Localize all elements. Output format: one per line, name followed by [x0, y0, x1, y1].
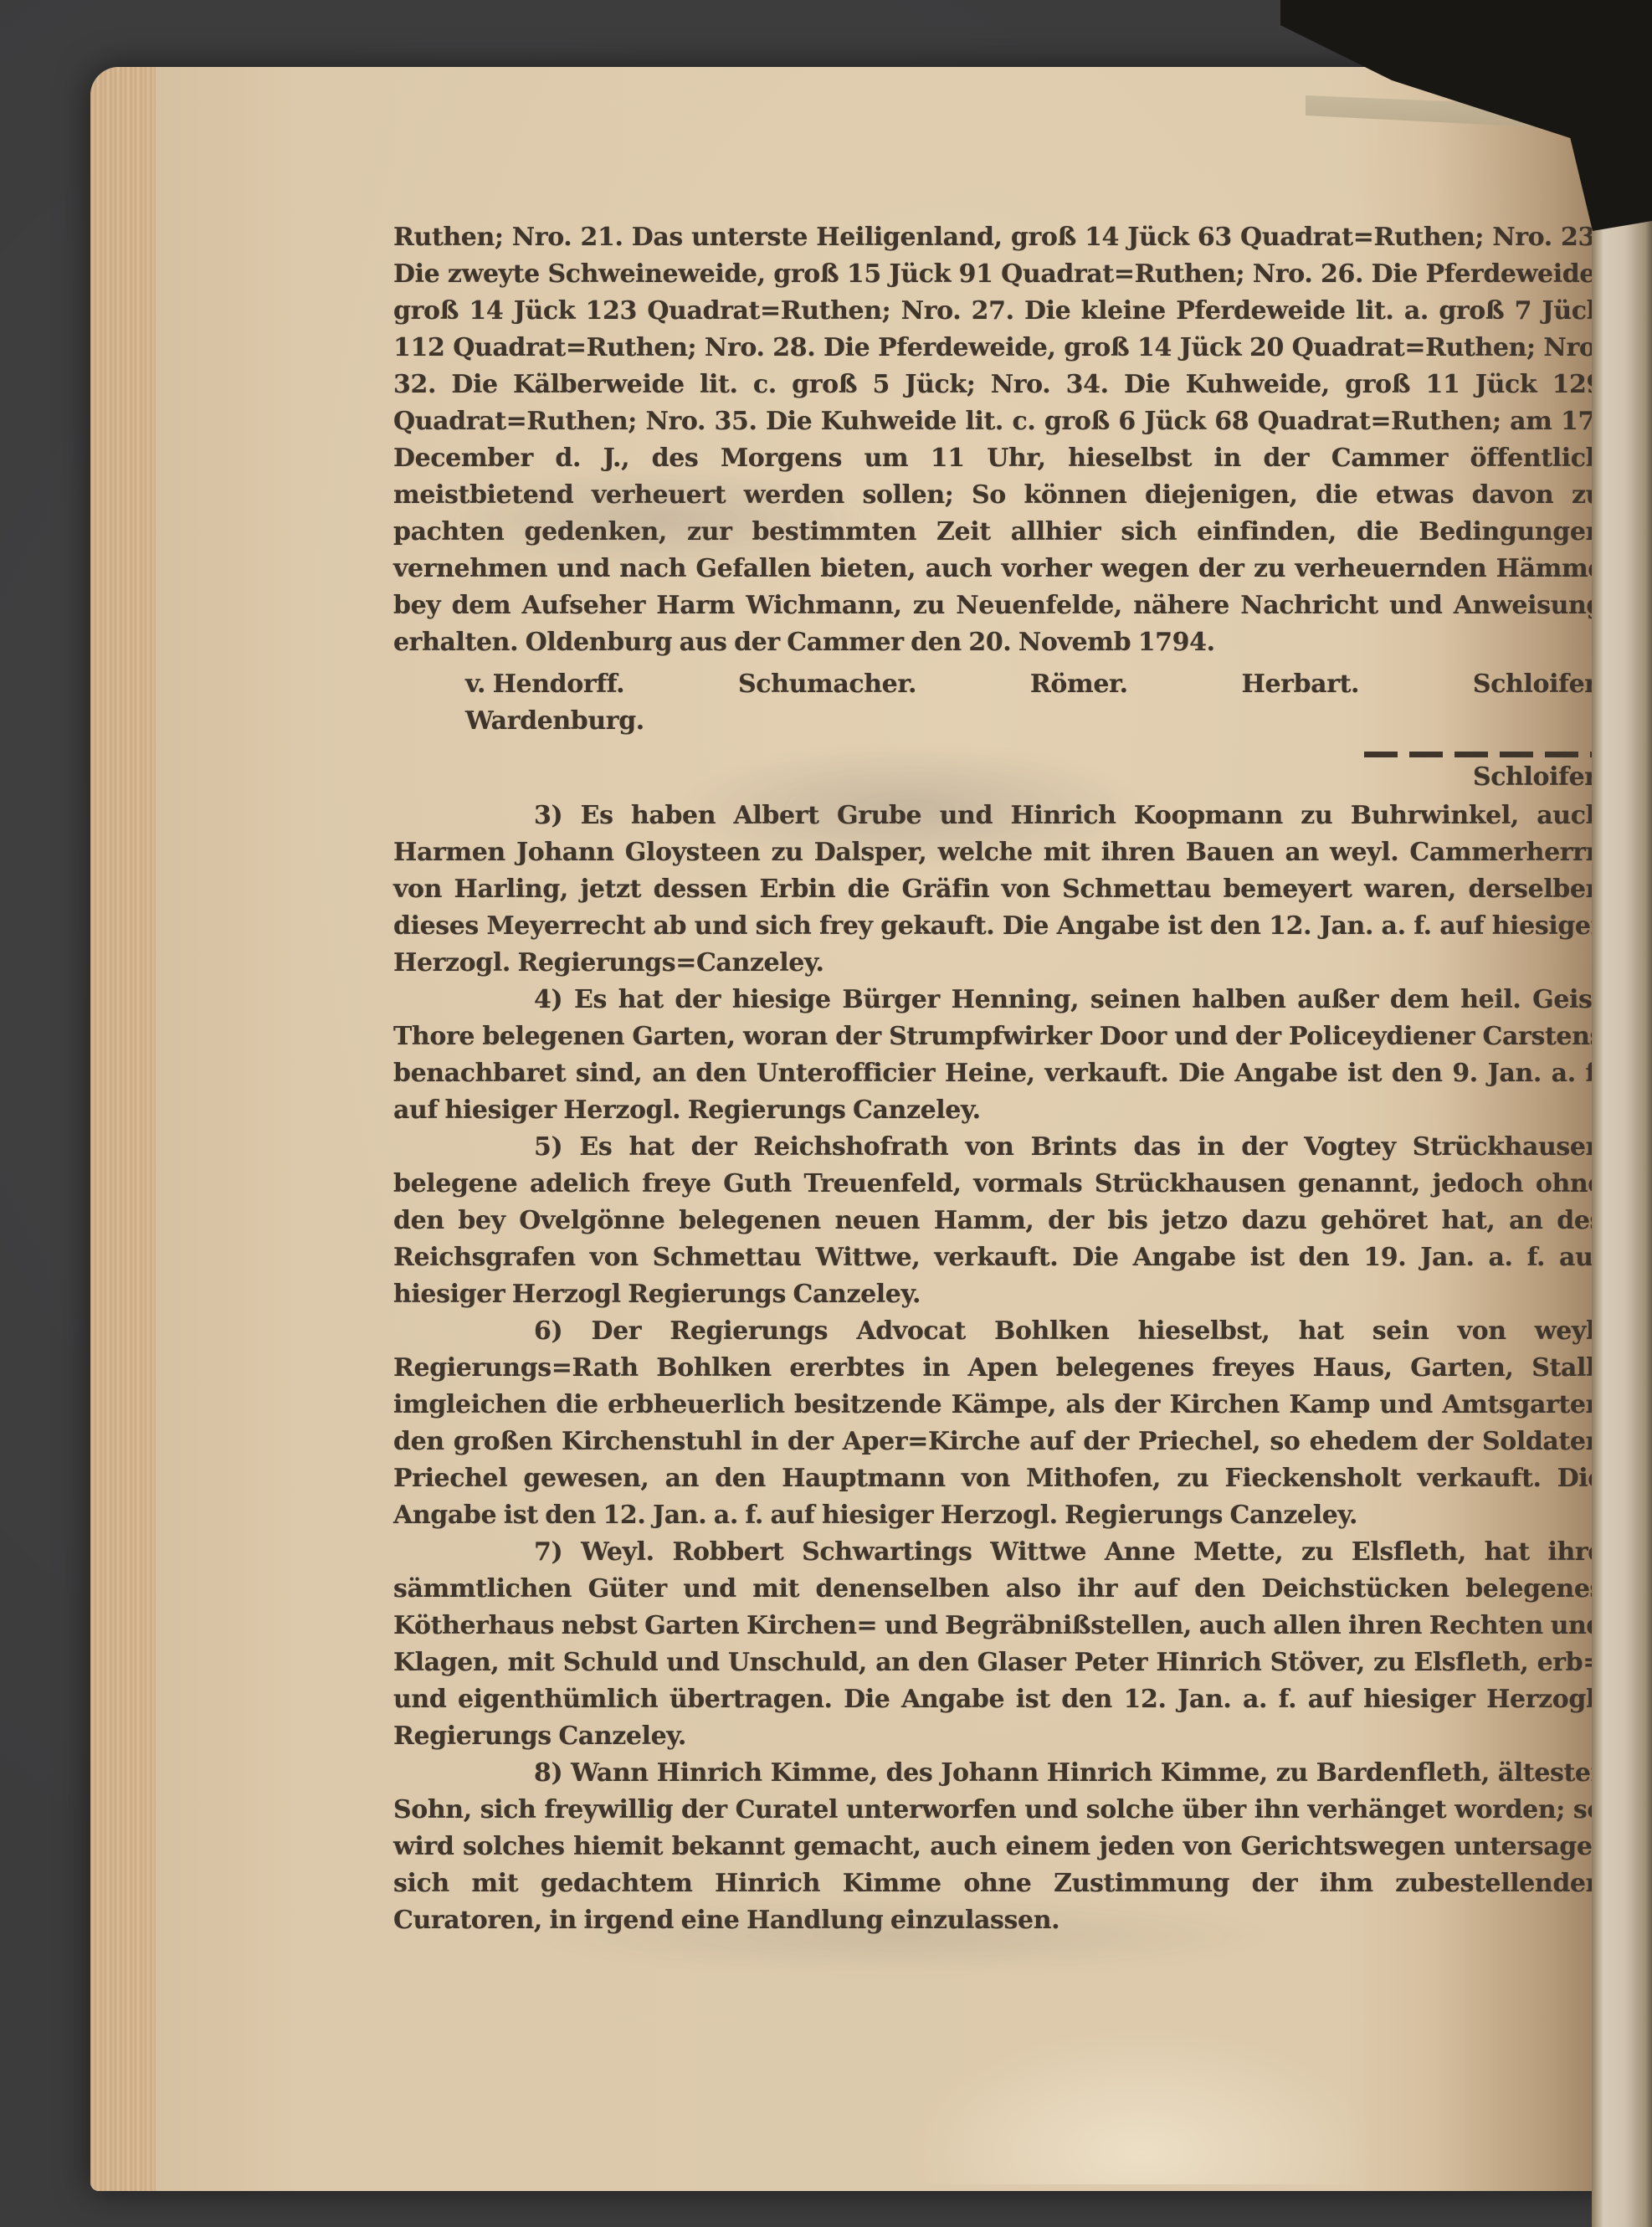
adjacent-page-fore-edge: [1592, 0, 1652, 2227]
signature-name: Herbart.: [1242, 666, 1360, 703]
signature-name: Schumacher.: [738, 666, 916, 703]
rule-wrap: [393, 752, 1603, 757]
signature-name: Schloifer.: [1473, 666, 1603, 703]
torn-corner: [907, 2025, 1376, 2184]
signature-name: Römer.: [1030, 666, 1128, 703]
page-stack-edge: [90, 67, 156, 2191]
book-page: Ruthen; Nro. 21. Das unterste Heiligenla…: [90, 67, 1652, 2191]
section-paragraph-3: 3) Es haben Albert Grube und Hinrich Koo…: [393, 798, 1603, 982]
section-paragraph-7: 7) Weyl. Robbert Schwartings Wittwe Anne…: [393, 1534, 1603, 1755]
section-paragraph-5: 5) Es hat der Reichshofrath von Brints d…: [393, 1129, 1603, 1313]
signature-second-row: Wardenburg.: [393, 703, 1603, 740]
page-text-column: Ruthen; Nro. 21. Das unterste Heiligenla…: [393, 219, 1603, 1939]
countersignature: Schloifer.: [393, 759, 1603, 796]
section-paragraph-4: 4) Es hat der hiesige Bürger Henning, se…: [393, 982, 1603, 1129]
intro-paragraph: Ruthen; Nro. 21. Das unterste Heiligenla…: [393, 219, 1603, 661]
signature-name: Wardenburg.: [465, 706, 644, 736]
section-paragraph-8: 8) Wann Hinrich Kimme, des Johann Hinric…: [393, 1755, 1603, 1939]
signature-name: v. Hendorff.: [465, 666, 624, 703]
section-paragraph-6: 6) Der Regierungs Advocat Bohlken hiesel…: [393, 1313, 1603, 1534]
signature-row: v. Hendorff. Schumacher. Römer. Herbart.…: [393, 666, 1603, 703]
photograph-of-book: { "page": { "background_color": "#3c3c3d…: [0, 0, 1652, 2227]
notice-sections: 3) Es haben Albert Grube und Hinrich Koo…: [393, 798, 1603, 1939]
dashed-divider-rule: [1364, 752, 1603, 757]
